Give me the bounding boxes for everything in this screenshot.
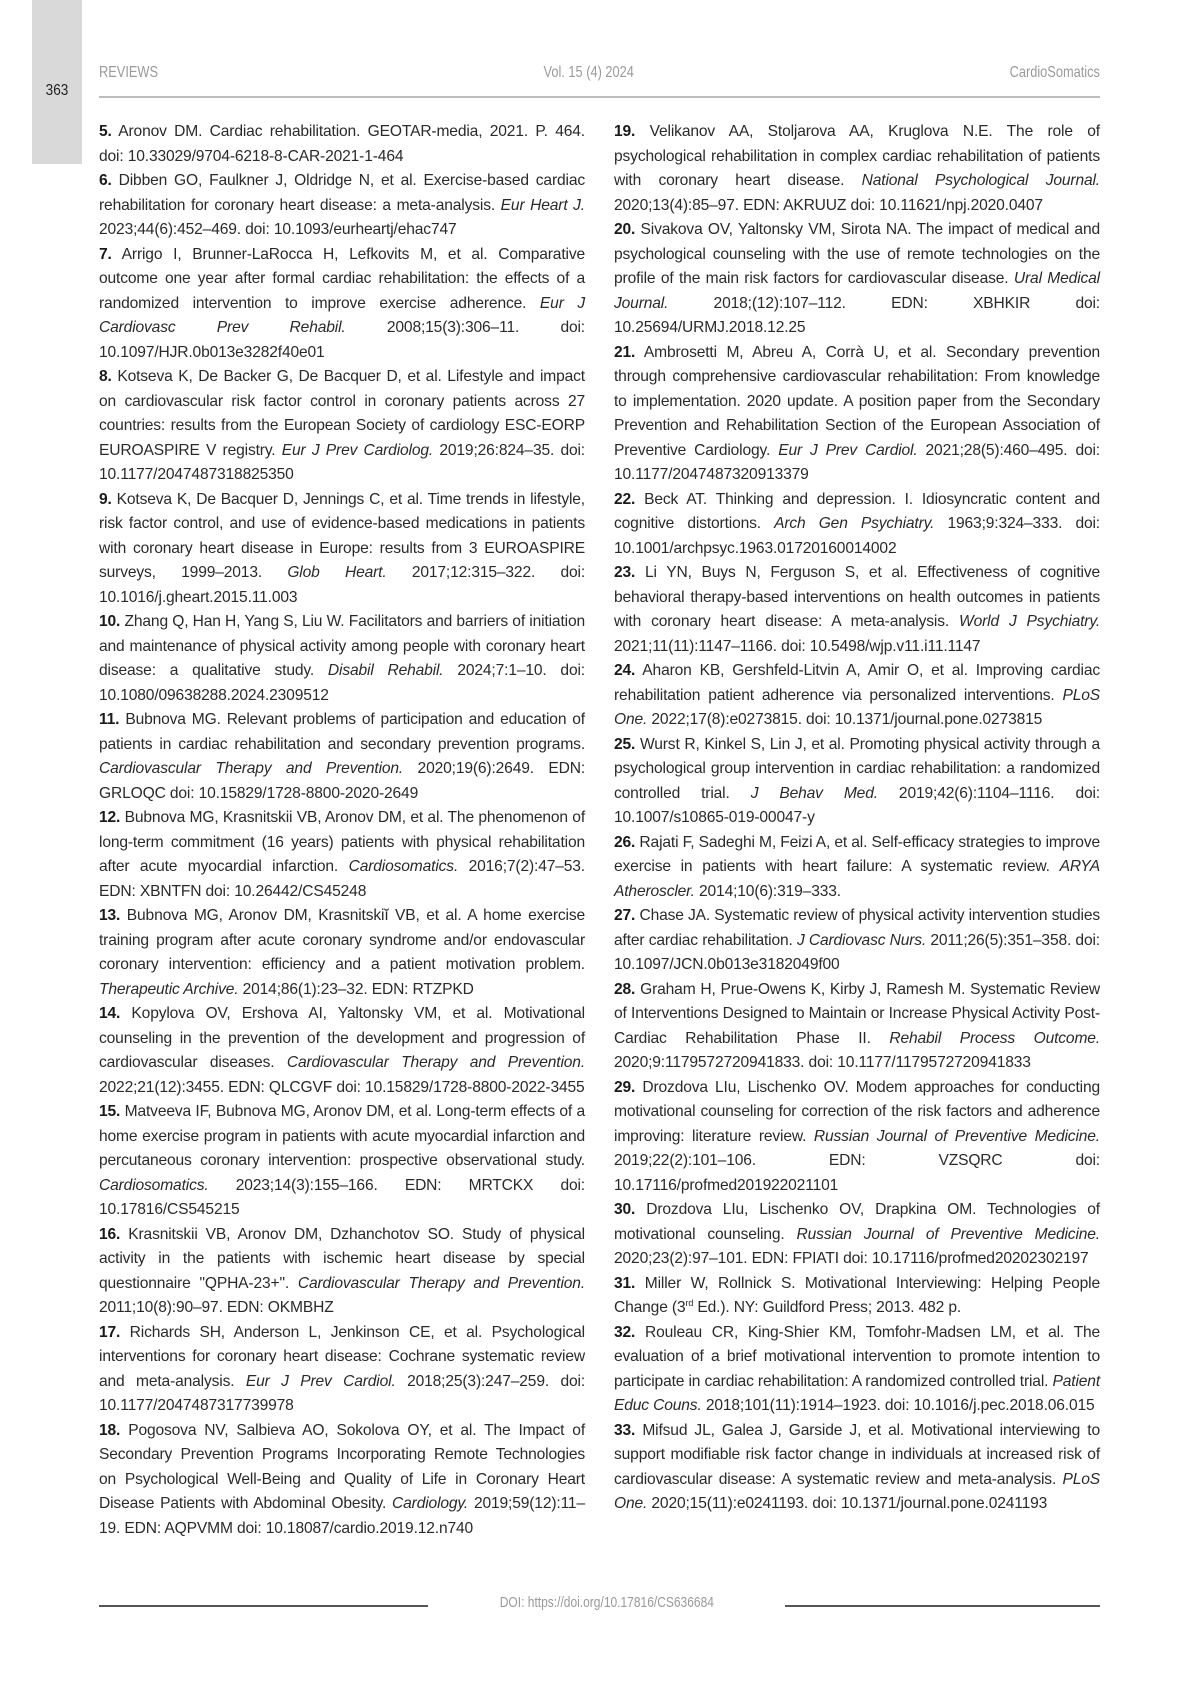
reference-entry: 10. Zhang Q, Han H, Yang S, Liu W. Facil… — [99, 610, 585, 708]
reference-journal: Arch Gen Psychiatry. — [774, 515, 934, 532]
reference-entry: 5. Aronov DM. Cardiac rehabilitation. GE… — [99, 120, 585, 169]
reference-entry: 18. Pogosova NV, Salbieva AO, Sokolova O… — [99, 1419, 585, 1542]
header-volume: Vol. 15 (4) 2024 — [543, 64, 633, 82]
reference-number: 27. — [614, 907, 635, 924]
reference-entry: 23. Li YN, Buys N, Ferguson S, et al. Ef… — [614, 561, 1100, 659]
reference-number: 18. — [99, 1422, 120, 1439]
reference-text: Rajati F, Sadeghi M, Feizi A, et al. Sel… — [614, 834, 1100, 876]
references-right-column: 19. Velikanov AA, Stoljarova AA, Kruglov… — [614, 120, 1100, 1517]
reference-entry: 8. Kotseva K, De Backer G, De Bacquer D,… — [99, 365, 585, 488]
reference-details: Ed.). NY: Guildford Press; 2013. 482 p. — [693, 1299, 961, 1316]
reference-entry: 19. Velikanov AA, Stoljarova AA, Kruglov… — [614, 120, 1100, 218]
footer-divider-right — [785, 1605, 1100, 1607]
reference-details: 2019;22(2):101–106. EDN: VZSQRC doi: 10.… — [614, 1152, 1100, 1194]
reference-text: Bubnova MG. Relevant problems of partici… — [99, 711, 585, 753]
reference-number: 20. — [614, 221, 635, 238]
reference-number: 5. — [99, 123, 112, 140]
references-left-column: 5. Aronov DM. Cardiac rehabilitation. GE… — [99, 120, 585, 1541]
reference-number: 28. — [614, 981, 635, 998]
reference-entry: 13. Bubnova MG, Aronov DM, Krasnitskiĭ V… — [99, 904, 585, 1002]
reference-journal: Eur J Prev Cardiolog. — [282, 442, 433, 459]
reference-journal: Eur J Prev Cardiol. — [778, 442, 917, 459]
reference-entry: 15. Matveeva IF, Bubnova MG, Aronov DM, … — [99, 1100, 585, 1223]
reference-entry: 26. Rajati F, Sadeghi M, Feizi A, et al.… — [614, 831, 1100, 905]
reference-entry: 27. Chase JA. Systematic review of physi… — [614, 904, 1100, 978]
footer-divider-left — [99, 1605, 428, 1607]
reference-number: 15. — [99, 1103, 120, 1120]
reference-journal: J Cardiovasc Nurs. — [797, 932, 926, 949]
reference-journal: Cardiosomatics. — [99, 1177, 209, 1194]
reference-number: 12. — [99, 809, 120, 826]
reference-entry: 32. Rouleau CR, King-Shier KM, Tomfohr-M… — [614, 1321, 1100, 1419]
reference-journal: Cardiosomatics. — [349, 858, 459, 875]
reference-details: 2020;13(4):85–97. EDN: AKRUUZ doi: 10.11… — [614, 197, 1043, 214]
reference-entry: 24. Aharon KB, Gershfeld-Litvin A, Amir … — [614, 659, 1100, 733]
reference-entry: 31. Miller W, Rollnick S. Motivational I… — [614, 1272, 1100, 1321]
reference-entry: 17. Richards SH, Anderson L, Jenkinson C… — [99, 1321, 585, 1419]
reference-text: Rouleau CR, King-Shier KM, Tomfohr-Madse… — [614, 1324, 1100, 1390]
reference-journal: Cardiovascular Therapy and Prevention. — [298, 1275, 585, 1292]
reference-number: 11. — [99, 711, 119, 728]
reference-journal: J Behav Med. — [751, 785, 878, 802]
reference-number: 16. — [99, 1226, 120, 1243]
reference-number: 32. — [614, 1324, 635, 1341]
reference-journal: Therapeutic Archive. — [99, 981, 238, 998]
reference-details: 2020;15(11):e0241193. doi: 10.1371/journ… — [647, 1495, 1047, 1512]
reference-number: 26. — [614, 834, 635, 851]
reference-details: 2023;44(6):452–469. doi: 10.1093/eurhear… — [99, 221, 457, 238]
reference-details: 2022;17(8):e0273815. doi: 10.1371/journa… — [647, 711, 1042, 728]
reference-details: 2021;11(11):1147–1166. doi: 10.5498/wjp.… — [614, 638, 980, 655]
header-journal: CardioSomatics — [1010, 64, 1100, 82]
header-divider — [99, 96, 1100, 98]
reference-number: 33. — [614, 1422, 635, 1439]
reference-journal: Eur Heart J. — [501, 197, 585, 214]
reference-text: Aharon KB, Gershfeld-Litvin A, Amir O, e… — [614, 662, 1100, 704]
reference-number: 25. — [614, 736, 635, 753]
reference-journal: World J Psychiatry. — [959, 613, 1100, 630]
reference-details: 2018;101(11):1914–1923. doi: 10.1016/j.p… — [702, 1397, 1095, 1414]
reference-entry: 16. Krasnitskii VB, Aronov DM, Dzhanchot… — [99, 1223, 585, 1321]
page-footer: DOI: https://doi.org/10.17816/CS636684 — [99, 1594, 1100, 1618]
reference-details: 2018;(12):107–112. EDN: XBHKIR doi: 10.2… — [614, 295, 1100, 337]
reference-text: Arrigo I, Brunner-LaRocca H, Lefkovits M… — [99, 246, 585, 312]
reference-number: 9. — [99, 491, 112, 508]
reference-entry: 12. Bubnova MG, Krasnitskii VB, Aronov D… — [99, 806, 585, 904]
reference-entry: 25. Wurst R, Kinkel S, Lin J, et al. Pro… — [614, 733, 1100, 831]
reference-details: 2020;9:1179572720941833. doi: 10.1177/11… — [614, 1054, 1031, 1071]
reference-journal: Disabil Rehabil. — [328, 662, 444, 679]
reference-number: 23. — [614, 564, 635, 581]
reference-entry: 33. Mifsud JL, Galea J, Garside J, et al… — [614, 1419, 1100, 1517]
reference-entry: 30. Drozdova LIu, Lischenko OV, Drapkina… — [614, 1198, 1100, 1272]
reference-entry: 21. Ambrosetti M, Abreu A, Corrà U, et a… — [614, 341, 1100, 488]
reference-journal: Cardiovascular Therapy and Prevention. — [287, 1054, 585, 1071]
reference-number: 19. — [614, 123, 635, 140]
reference-text: Matveeva IF, Bubnova MG, Aronov DM, et a… — [99, 1103, 585, 1169]
reference-journal: Rehabil Process Outcome. — [889, 1030, 1100, 1047]
running-header: REVIEWS Vol. 15 (4) 2024 CardioSomatics — [99, 64, 1100, 88]
reference-details: 2022;21(12):3455. EDN: QLCGVF doi: 10.15… — [99, 1079, 585, 1096]
reference-entry: 22. Beck AT. Thinking and depression. I.… — [614, 488, 1100, 562]
page-number: 363 — [36, 82, 79, 100]
footer-doi-link[interactable]: DOI: https://doi.org/10.17816/CS636684 — [499, 1594, 713, 1611]
reference-number: 22. — [614, 491, 635, 508]
reference-number: 21. — [614, 344, 635, 361]
reference-number: 14. — [99, 1005, 120, 1022]
reference-number: 17. — [99, 1324, 120, 1341]
reference-journal: National Psychological Journal. — [862, 172, 1100, 189]
reference-journal: Cardiovascular Therapy and Prevention. — [99, 760, 403, 777]
reference-entry: 11. Bubnova MG. Relevant problems of par… — [99, 708, 585, 806]
reference-entry: 29. Drozdova LIu, Lischenko OV. Modem ap… — [614, 1076, 1100, 1199]
reference-number: 13. — [99, 907, 120, 924]
reference-number: 31. — [614, 1275, 635, 1292]
reference-details: 2020;23(2):97–101. EDN: FPIATI doi: 10.1… — [614, 1250, 1089, 1267]
reference-journal: Glob Heart. — [287, 564, 386, 581]
reference-number: 7. — [99, 246, 112, 263]
reference-journal: Cardiology. — [392, 1495, 468, 1512]
reference-number: 24. — [614, 662, 635, 679]
reference-text: Mifsud JL, Galea J, Garside J, et al. Mo… — [614, 1422, 1100, 1488]
reference-details: 2014;86(1):23–32. EDN: RTZPKD — [238, 981, 473, 998]
reference-entry: 14. Kopylova OV, Ershova AI, Yaltonsky V… — [99, 1002, 585, 1100]
header-section: REVIEWS — [99, 64, 158, 82]
reference-text: Bubnova MG, Aronov DM, Krasnitskiĭ VB, e… — [99, 907, 585, 973]
reference-entry: 6. Dibben GO, Faulkner J, Oldridge N, et… — [99, 169, 585, 243]
reference-journal: Russian Journal of Preventive Medicine. — [797, 1226, 1100, 1243]
reference-number: 10. — [99, 613, 120, 630]
reference-entry: 28. Graham H, Prue-Owens K, Kirby J, Ram… — [614, 978, 1100, 1076]
reference-journal: Russian Journal of Preventive Medicine. — [814, 1128, 1100, 1145]
reference-entry: 9. Kotseva K, De Bacquer D, Jennings C, … — [99, 488, 585, 611]
reference-entry: 20. Sivakova OV, Yaltonsky VM, Sirota NA… — [614, 218, 1100, 341]
reference-number: 29. — [614, 1079, 635, 1096]
reference-number: 6. — [99, 172, 112, 189]
reference-text: Aronov DM. Cardiac rehabilitation. GEOTA… — [99, 123, 585, 165]
reference-number: 30. — [614, 1201, 635, 1218]
reference-number: 8. — [99, 368, 112, 385]
reference-details: 2011;10(8):90–97. EDN: OKMBHZ — [99, 1299, 334, 1316]
reference-journal: Eur J Prev Cardiol. — [246, 1373, 396, 1390]
reference-entry: 7. Arrigo I, Brunner-LaRocca H, Lefkovit… — [99, 243, 585, 366]
reference-details: 2014;10(6):319–333. — [695, 883, 841, 900]
